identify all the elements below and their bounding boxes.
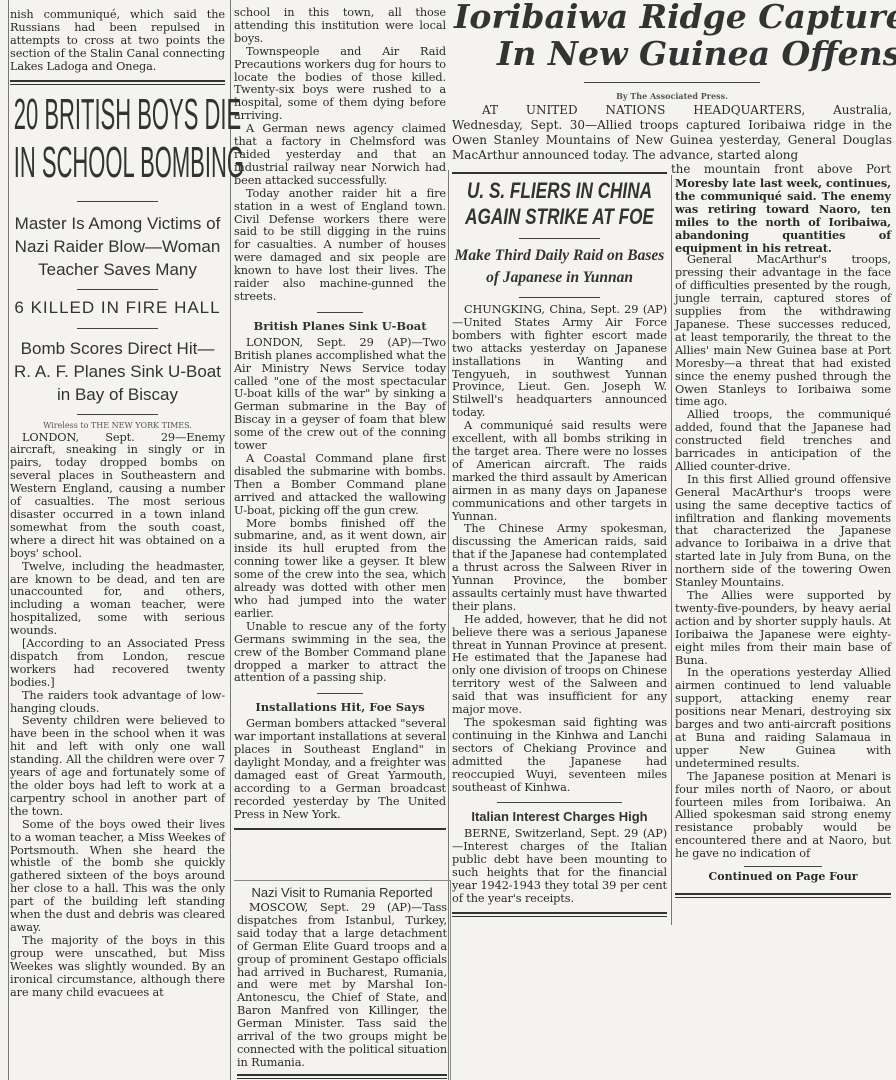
paragraph: LONDON, Sept. 29—Enemy aircraft, sneakin… bbox=[10, 432, 225, 561]
divider bbox=[77, 201, 159, 202]
paragraph: Moresby late last week, continues, the c… bbox=[675, 177, 891, 254]
paragraph: Some of the boys owed their lives to a w… bbox=[10, 819, 225, 935]
main-headline: Ioribaiwa Ridge Captured bbox=[452, 0, 892, 35]
paragraph: The Allies were supported by twenty-five… bbox=[675, 590, 891, 667]
divider bbox=[519, 297, 601, 298]
byline: Wireless to THE NEW YORK TIMES. bbox=[10, 421, 225, 430]
main-story-header: Ioribaiwa Ridge Captured In New Guinea O… bbox=[452, 0, 892, 163]
paragraph: Twelve, including the headmaster, are kn… bbox=[10, 561, 225, 638]
paragraph: Allied troops, the communiqué added, fou… bbox=[675, 409, 891, 474]
paragraph: The majority of the boys in this group w… bbox=[10, 935, 225, 1000]
china-headline: AGAIN STRIKE AT FOE bbox=[452, 204, 667, 230]
china-headline: U. S. FLIERS IN CHINA bbox=[452, 178, 667, 204]
lead-paragraph: Wednesday, Sept. 30—Allied troops captur… bbox=[452, 118, 892, 163]
deck: Bomb Scores Direct Hit—R. A. F. Planes S… bbox=[10, 335, 225, 406]
column-rule bbox=[8, 0, 9, 1080]
divider bbox=[317, 312, 364, 313]
paragraph: CHUNGKING, China, Sept. 29 (AP)—United S… bbox=[452, 304, 667, 420]
installations-subheadline: Installations Hit, Foe Says bbox=[234, 700, 446, 714]
column-rule bbox=[671, 175, 672, 925]
uboat-subheadline: British Planes Sink U-Boat bbox=[234, 319, 446, 333]
paragraph: [According to an Associated Press dispat… bbox=[10, 638, 225, 690]
continued-on-link[interactable]: Continued on Page Four bbox=[675, 870, 891, 883]
deck: Master Is Among Victims of Nazi Raider B… bbox=[10, 208, 225, 281]
paragraph: LONDON, Sept. 29 (AP)—Two British planes… bbox=[234, 337, 446, 453]
paragraph: The spokesman said fighting was continui… bbox=[452, 717, 667, 794]
paragraph: Unable to rescue any of the forty German… bbox=[234, 621, 446, 686]
rumania-story: Nazi Visit to Rumania Reported MOSCOW, S… bbox=[234, 880, 451, 1080]
divider bbox=[237, 1074, 447, 1079]
divider bbox=[77, 328, 159, 329]
paragraph: A Coastal Command plane first disabled t… bbox=[234, 453, 446, 518]
divider bbox=[317, 693, 364, 694]
divider bbox=[519, 238, 601, 239]
byline: By The Associated Press. bbox=[452, 91, 892, 101]
column-2: school in this town, all those attending… bbox=[234, 0, 446, 832]
divider bbox=[497, 802, 622, 803]
paragraph: Seventy children were believed to have b… bbox=[10, 715, 225, 818]
paragraph: The Japanese position at Menari is four … bbox=[675, 771, 891, 861]
divider bbox=[77, 289, 159, 290]
rumania-headline: Nazi Visit to Rumania Reported bbox=[237, 885, 447, 900]
divider bbox=[584, 82, 760, 83]
divider bbox=[744, 866, 822, 867]
paragraph: A communiqué said results were excellent… bbox=[452, 420, 667, 523]
british-boys-story: 20 BRITISH BOYS DIE IN SCHOOL BOMBING Ma… bbox=[10, 91, 225, 1000]
paragraph: In this first Allied ground offensive Ge… bbox=[675, 474, 891, 590]
headline: 20 BRITISH BOYS DIE bbox=[14, 91, 222, 139]
paragraph: A German news agency claimed that a fact… bbox=[234, 123, 446, 188]
column-3: U. S. FLIERS IN CHINA AGAIN STRIKE AT FO… bbox=[452, 172, 667, 917]
continued-line: the mountain front above Port bbox=[671, 162, 891, 177]
divider bbox=[77, 414, 159, 415]
paragraph: Townspeople and Air Raid Precautions wor… bbox=[234, 46, 446, 123]
divider bbox=[452, 172, 667, 174]
divider bbox=[452, 912, 667, 917]
divider bbox=[675, 893, 891, 898]
china-deck: Make Third Daily Raid on Bases of Japane… bbox=[452, 245, 667, 289]
column-4: the mountain front above Port Moresby la… bbox=[675, 162, 891, 898]
paragraph: school in this town, all those attending… bbox=[234, 0, 446, 46]
deck: 6 KILLED IN FIRE HALL bbox=[10, 296, 225, 320]
divider bbox=[234, 828, 446, 832]
paragraph: General MacArthur's troops, pressing the… bbox=[675, 254, 891, 409]
carryover-text: nish communiqué, which said the Russians… bbox=[10, 0, 225, 74]
paragraph: BERNE, Switzerland, Sept. 29 (AP)—Intere… bbox=[452, 828, 667, 905]
paragraph: In the operations yesterday Allied airme… bbox=[675, 667, 891, 770]
divider bbox=[10, 80, 225, 85]
paragraph: He added, however, that he did not belie… bbox=[452, 614, 667, 717]
paragraph: More bombs finished off the submarine, a… bbox=[234, 518, 446, 621]
italian-headline: Italian Interest Charges High bbox=[452, 809, 667, 824]
main-headline: In New Guinea Offensive bbox=[452, 35, 892, 72]
paragraph: German bombers attacked "several war imp… bbox=[234, 718, 446, 821]
paragraph: The raiders took advantage of low-hangin… bbox=[10, 690, 225, 716]
column-1: nish communiqué, which said the Russians… bbox=[10, 0, 225, 999]
headline: IN SCHOOL BOMBING bbox=[14, 139, 222, 187]
paragraph: Today another raider hit a fire station … bbox=[234, 188, 446, 304]
paragraph: The Chinese Army spokesman, discussing t… bbox=[452, 523, 667, 613]
lead-dateline: AT UNITED NATIONS HEADQUARTERS, Australi… bbox=[452, 103, 892, 118]
paragraph: MOSCOW, Sept. 29 (AP)—Tass dispatches fr… bbox=[237, 902, 447, 1070]
